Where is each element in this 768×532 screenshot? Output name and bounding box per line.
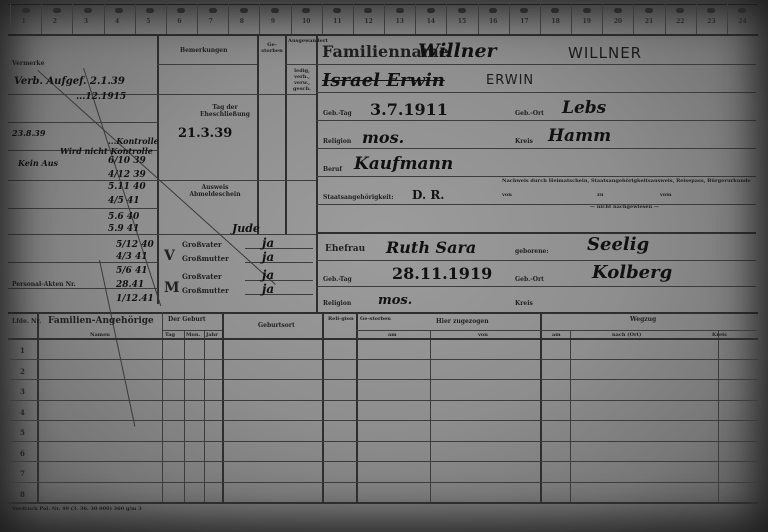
punch-divider: [415, 4, 416, 34]
table-column-divider: [222, 312, 224, 502]
nachweis-vom: vom: [660, 192, 672, 198]
punch-divider: [353, 4, 354, 34]
vermerk-entry: 23.8.39: [12, 128, 45, 138]
punch-divider: [104, 4, 105, 34]
punch-hole-icon: [146, 8, 154, 13]
punch-hole-icon: [177, 8, 185, 13]
punch-number: 20: [614, 18, 622, 25]
punch-hole-icon: [302, 8, 310, 13]
geb-tag-label: Geb.-Tag: [323, 110, 352, 117]
punch-hole-icon: [271, 8, 279, 13]
table-subheader-rule: [356, 330, 756, 331]
punch-divider: [135, 4, 136, 34]
von-header: von: [478, 332, 488, 338]
punch-number: 17: [520, 18, 528, 25]
punch-hole-icon: [364, 8, 372, 13]
punch-divider: [540, 4, 541, 34]
divider: [157, 34, 159, 304]
vermerk-entry: ...12.1915: [76, 92, 126, 102]
m-mark: M: [164, 280, 180, 296]
gestorben-header: Ge-storben: [360, 316, 391, 322]
spouse-religion-label: Religion: [323, 300, 351, 307]
religion-value: mos.: [362, 128, 404, 147]
table-column-divider: [204, 330, 205, 502]
spouse-religion-value: mos.: [378, 293, 412, 308]
punch-number: 15: [458, 18, 466, 25]
punch-hole-icon: [115, 8, 123, 13]
nach-ort-header: nach (Ort): [612, 332, 641, 338]
punch-hole-icon: [489, 8, 497, 13]
punch-divider: [384, 4, 385, 34]
table-subheader-rule: [162, 330, 222, 331]
grandparent-value: ja: [262, 282, 274, 296]
row-number: 1: [20, 346, 25, 355]
ehefrau-value: Ruth Sara: [386, 238, 476, 257]
punch-number: 24: [738, 18, 746, 25]
staatsangehoerigkeit-label: Staatsangehörigkeit:: [323, 194, 394, 201]
hier-zugezogen-header: Hier zugezogen: [436, 318, 489, 325]
punch-number: 12: [364, 18, 372, 25]
table-column-divider: [540, 312, 542, 502]
table-row-rule: [10, 420, 758, 421]
punch-number: 11: [333, 18, 341, 25]
punch-divider: [197, 4, 198, 34]
nicht-nachgewiesen: — nicht nachgewiesen —: [590, 204, 659, 210]
table-column-divider: [356, 312, 358, 502]
vermerk-entry: 28.41: [116, 280, 144, 290]
footer-print-code: Vordruck Pol. Nr. 49 (3. 36. 30 000) 360…: [12, 506, 142, 512]
punch-number: 5: [146, 18, 150, 25]
beruf-label: Beruf: [323, 166, 342, 173]
geborene-label: geborene:: [515, 248, 549, 255]
punch-hole-icon: [676, 8, 684, 13]
grandparent-label: Großvater: [182, 272, 222, 281]
row-number: 2: [20, 367, 25, 376]
vermerk-entry: Kein Aus: [18, 158, 58, 168]
spouse-geb-tag-label: Geb.-Tag: [323, 276, 352, 283]
v-mark: V: [164, 248, 175, 264]
punch-number: 18: [551, 18, 559, 25]
table-column-divider: [162, 312, 163, 502]
punch-hole-icon: [645, 8, 653, 13]
vermerk-entry: 5/6 41: [116, 266, 147, 276]
jahr-header: Jahr: [206, 332, 218, 338]
punch-divider: [696, 4, 697, 34]
table-column-divider: [430, 330, 431, 502]
punch-divider: [602, 4, 603, 34]
geb-ort-value: Lebs: [562, 98, 606, 118]
table-column-divider: [570, 330, 571, 502]
punch-number: 9: [271, 18, 275, 25]
row-number: 6: [20, 449, 25, 458]
vermerk-entry: Verb. Aufgef. 2.1.39: [14, 76, 125, 87]
punch-divider: [322, 4, 323, 34]
table-column-divider: [37, 312, 39, 502]
punch-hole-icon: [707, 8, 715, 13]
punch-hole-icon: [427, 8, 435, 13]
spouse-kreis-label: Kreis: [515, 300, 533, 307]
punch-hole-icon: [240, 8, 248, 13]
punch-divider: [478, 4, 479, 34]
nachweis-von: von: [502, 192, 512, 198]
beruf-value: Kaufmann: [354, 154, 453, 174]
staatsangehoerigkeit-value: D. R.: [412, 188, 444, 202]
vermerk-entry: 1/12.41: [116, 294, 154, 304]
punch-hole-icon: [396, 8, 404, 13]
punch-number: 13: [396, 18, 404, 25]
wegzug-header: Wegzug: [630, 316, 656, 323]
punch-number: 23: [707, 18, 715, 25]
punch-divider: [509, 4, 510, 34]
geb-ort-label: Geb.-Ort: [515, 110, 544, 117]
ausgewandert-label: Ausgewandert: [288, 38, 314, 44]
grandparent-label: Großvater: [182, 240, 222, 249]
vermerk-entry: 5.9 41: [108, 224, 139, 234]
lfd-nr-header: Lfde. Nr.: [12, 318, 41, 325]
row-number: 8: [20, 490, 25, 499]
gestorben-label: Ge-storben: [260, 42, 284, 54]
row-number: 3: [20, 387, 25, 396]
punch-hole-icon: [738, 8, 746, 13]
familienname-caps: WILLNER: [568, 44, 642, 62]
geb-tag-value: 3.7.1911: [370, 100, 448, 119]
table-row-rule: [10, 441, 758, 442]
punch-number: 8: [240, 18, 244, 25]
vorname-caps: ERWIN: [486, 73, 534, 88]
punch-number: 16: [489, 18, 497, 25]
bemerkungen-label: Bemerkungen: [180, 47, 227, 54]
punch-hole-icon: [520, 8, 528, 13]
grandparent-label: Großmutter: [182, 254, 229, 263]
punch-number: 19: [583, 18, 591, 25]
vermerk-entry: 5.6 40: [108, 212, 139, 222]
punch-hole-icon: [22, 8, 30, 13]
grandparent-value: ja: [262, 236, 274, 250]
jude-note: Jude: [232, 222, 260, 235]
angehoerige-header: Familien-Angehörige: [48, 316, 154, 326]
registration-card: Vermerke Bemerkungen Ge-storben Ausgewan…: [0, 0, 768, 532]
geburtsort-header: Geburtsort: [258, 322, 295, 329]
religion-label: Religion: [323, 138, 351, 145]
vermerk-entry: Wird nicht Kontrolle: [60, 146, 153, 156]
punch-divider: [166, 4, 167, 34]
row-number: 4: [20, 408, 25, 417]
tag-header: Tag: [165, 332, 175, 338]
punch-hole-icon: [583, 8, 591, 13]
punch-hole-icon: [614, 8, 622, 13]
table-column-divider: [184, 330, 185, 502]
punch-hole-icon: [458, 8, 466, 13]
table-row-rule: [10, 400, 758, 401]
marital-status-label: ledig, verh., verw., gesch.: [290, 68, 314, 92]
religion-header: Reli-gion: [328, 316, 354, 322]
nachweis-label: Nachweis durch Heimatschein, Staatsangeh…: [502, 178, 752, 184]
vermerk-entry: 4/12 39: [108, 170, 146, 180]
punch-divider: [259, 4, 260, 34]
table-column-divider: [322, 312, 324, 502]
nachweis-zu: zu: [597, 192, 603, 198]
tag-eheschliessung-value: 21.3.39: [178, 126, 232, 141]
table-row-rule: [10, 359, 758, 360]
punch-hole-icon: [53, 8, 61, 13]
vermerk-entry: 4/3 41: [116, 252, 147, 262]
kreis-value: Hamm: [548, 126, 611, 146]
punch-hole-icon: [209, 8, 217, 13]
vermerk-entry: 6/10 39: [108, 156, 146, 166]
punch-number: 4: [115, 18, 119, 25]
row-number: 5: [20, 428, 25, 437]
punch-hole-icon: [84, 8, 92, 13]
tag-eheschliessung-label: Tag der Eheschließung: [190, 104, 260, 118]
table-header-rule: [8, 338, 758, 340]
punch-divider: [665, 4, 666, 34]
namen-header: Namen: [90, 332, 110, 338]
wegzug-am-header: am: [552, 332, 561, 338]
vermerk-entry: ...Kontrolle: [108, 136, 159, 146]
table-row-rule: [10, 461, 758, 462]
punch-hole-icon: [333, 8, 341, 13]
punch-divider: [633, 4, 634, 34]
der-geburt-header: Der Geburt: [168, 316, 206, 323]
spouse-geb-ort-label: Geb.-Ort: [515, 276, 544, 283]
punch-divider: [72, 4, 73, 34]
spouse-geb-tag-value: 28.11.1919: [392, 264, 492, 283]
spouse-geb-ort-value: Kolberg: [592, 262, 672, 283]
punch-number: 21: [645, 18, 653, 25]
punch-number: 14: [427, 18, 435, 25]
grandparent-label: Großmutter: [182, 286, 229, 295]
punch-divider: [41, 4, 42, 34]
geborene-value: Seelig: [587, 234, 649, 255]
monat-header: Mon.: [186, 332, 200, 338]
punch-number: 2: [53, 18, 57, 25]
punch-divider: [10, 4, 11, 34]
vorname-handwritten: Israel Erwin: [322, 70, 445, 91]
personal-akten-label: Personal-Akten Nr.: [12, 281, 76, 288]
table-row-rule: [10, 379, 758, 380]
punch-divider: [291, 4, 292, 34]
punch-divider: [446, 4, 447, 34]
punch-number: 1: [22, 18, 26, 25]
punch-number: 6: [177, 18, 181, 25]
punch-number: 10: [302, 18, 310, 25]
punch-number: 3: [84, 18, 88, 25]
ausweis-label: Ausweis Abmeldeschein: [185, 184, 245, 198]
vermerk-entry: 5/12 40: [116, 240, 154, 250]
ehefrau-label: Ehefrau: [325, 244, 365, 254]
row-number: 7: [20, 469, 25, 478]
punch-divider: [228, 4, 229, 34]
am-header: am: [388, 332, 397, 338]
table-row-rule: [10, 482, 758, 483]
grandparent-value: ja: [262, 268, 274, 282]
punch-divider: [727, 4, 728, 34]
kreis-label: Kreis: [515, 138, 533, 145]
familienname-handwritten: Willner: [418, 40, 497, 62]
grandparent-value: ja: [262, 250, 274, 264]
punch-hole-icon: [551, 8, 559, 13]
vermerk-entry: 4/5 41: [108, 196, 139, 206]
table-bottom-rule: [8, 502, 758, 504]
table-column-divider: [718, 330, 719, 502]
kreis-header: Kreis: [712, 332, 727, 338]
punch-number: 7: [209, 18, 213, 25]
vermerke-label: Vermerke: [12, 60, 44, 67]
punch-number: 22: [676, 18, 684, 25]
vermerk-entry: 5.11 40: [108, 182, 146, 192]
punch-divider: [571, 4, 572, 34]
